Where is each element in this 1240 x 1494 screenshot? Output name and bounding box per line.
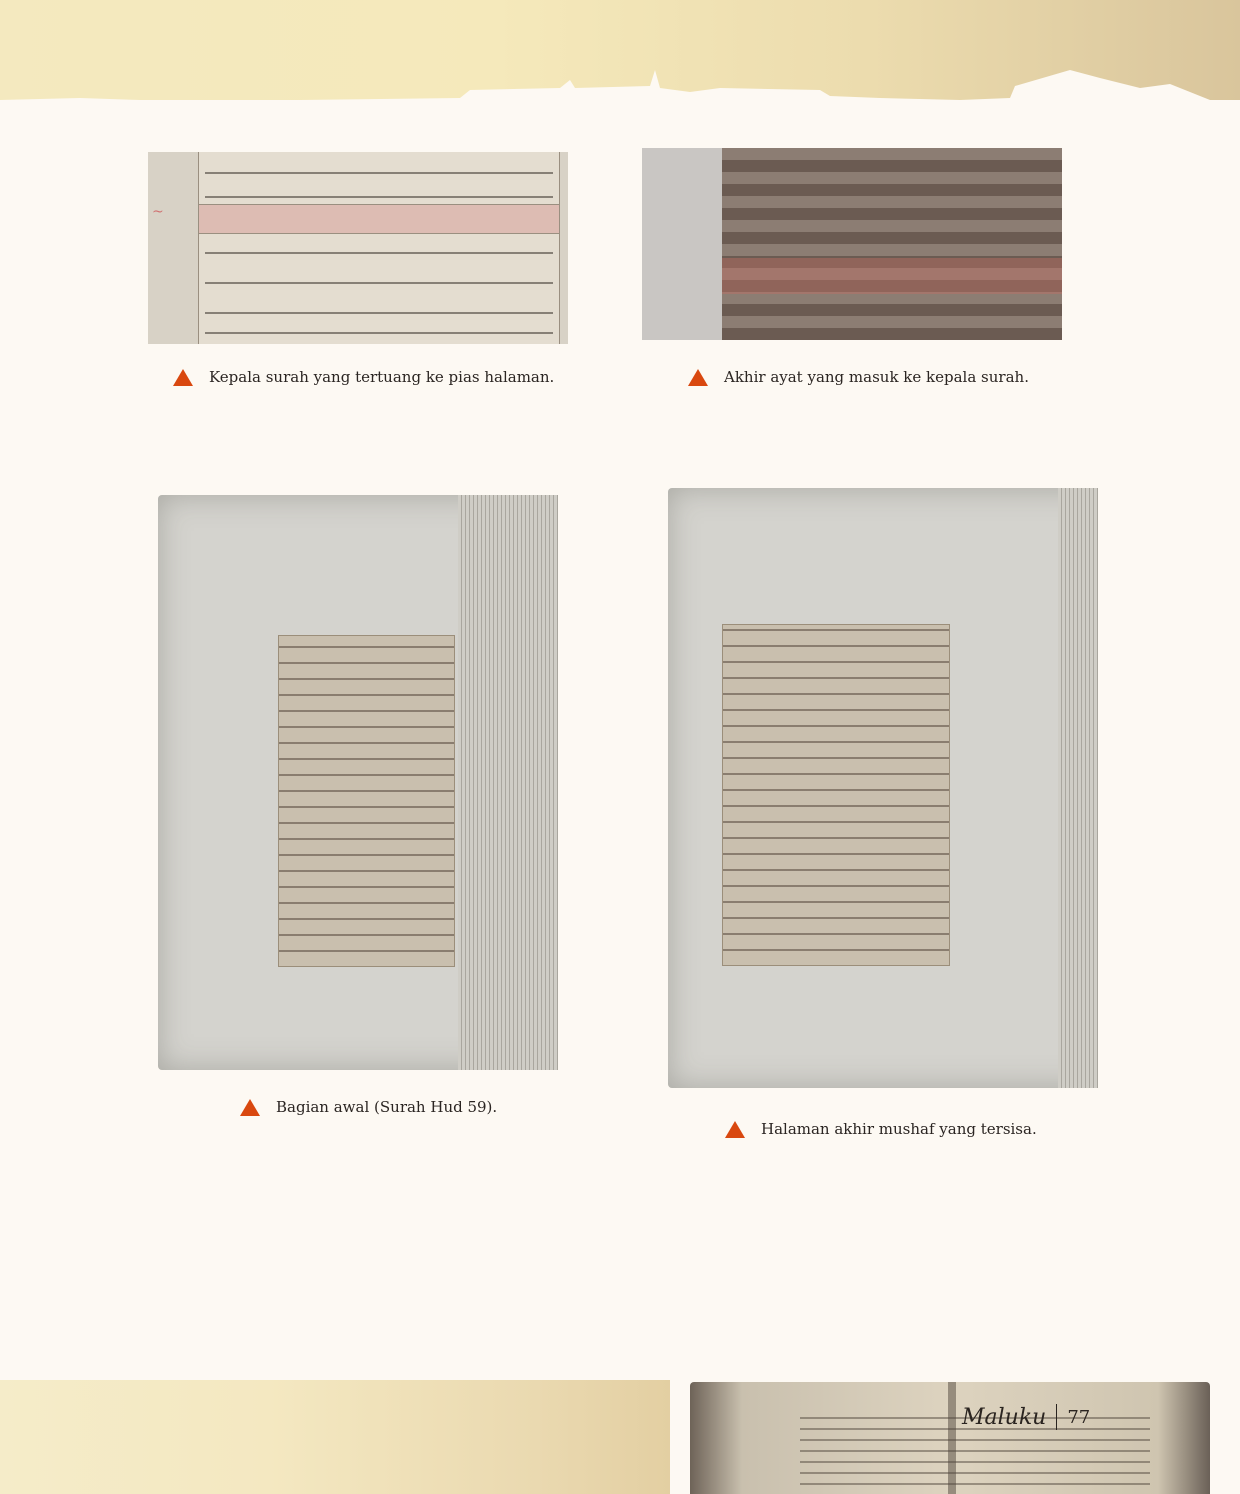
running-title: Maluku <box>962 1405 1046 1430</box>
figure-caption: Bagian awal (Surah Hud 59). <box>240 1098 497 1116</box>
page-number: 77 <box>1067 1407 1090 1428</box>
footer-divider <box>1056 1404 1057 1430</box>
torn-paper-edge <box>0 60 1240 110</box>
figure-manuscript-last-page <box>668 488 1098 1088</box>
triangle-marker-icon <box>688 369 708 386</box>
figure-caption: Kepala surah yang tertuang ke pias halam… <box>173 368 554 386</box>
decorative-open-manuscript <box>690 1382 1210 1494</box>
figure-caption: Akhir ayat yang masuk ke kepala surah. <box>688 368 1029 386</box>
triangle-marker-icon <box>240 1099 260 1116</box>
triangle-marker-icon <box>173 369 193 386</box>
figure-verse-end-in-heading <box>642 148 1062 340</box>
margin-red-note: ~ <box>152 204 196 232</box>
figure-manuscript-opening <box>158 495 558 1070</box>
page-footer: Maluku 77 <box>962 1404 1090 1430</box>
triangle-marker-icon <box>725 1121 745 1138</box>
figure-caption: Halaman akhir mushaf yang tersisa. <box>725 1120 1037 1138</box>
figure-surah-heading-margin: ~ <box>148 152 568 344</box>
decorative-paper-bottom <box>0 1380 670 1494</box>
